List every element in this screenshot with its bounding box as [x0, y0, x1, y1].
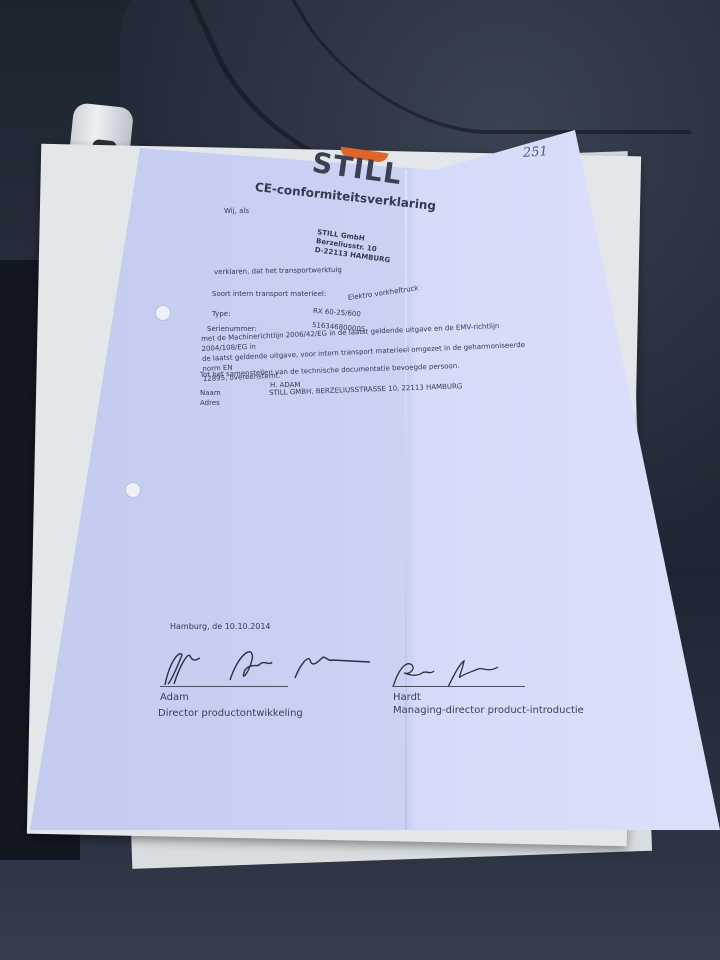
field-label-type: Type:: [212, 310, 230, 318]
signatory-role-hardt: Managing-director product-introductie: [393, 705, 584, 716]
signature-line-hardt: [393, 686, 525, 687]
signature-hardt: [388, 655, 528, 690]
intro-text: Wij, als: [224, 207, 249, 215]
contact-name-label: Naam: [200, 389, 221, 397]
signature-line-adam: [160, 686, 288, 687]
page-fold: [405, 170, 407, 830]
signatory-name-hardt: Hardt: [393, 692, 421, 703]
signatory-name-adam: Adam: [160, 692, 189, 703]
punch-hole: [125, 482, 141, 498]
field-label-type-material: Soort intern transport materieel:: [212, 290, 326, 298]
contact-address-label: Adres: [200, 399, 220, 407]
punch-hole: [155, 305, 171, 321]
signature-adam: [160, 640, 380, 690]
place-date: Hamburg, de 10.10.2014: [170, 622, 271, 631]
signatory-role-adam: Director productontwikkeling: [158, 708, 303, 719]
page-number: 251: [523, 144, 549, 161]
